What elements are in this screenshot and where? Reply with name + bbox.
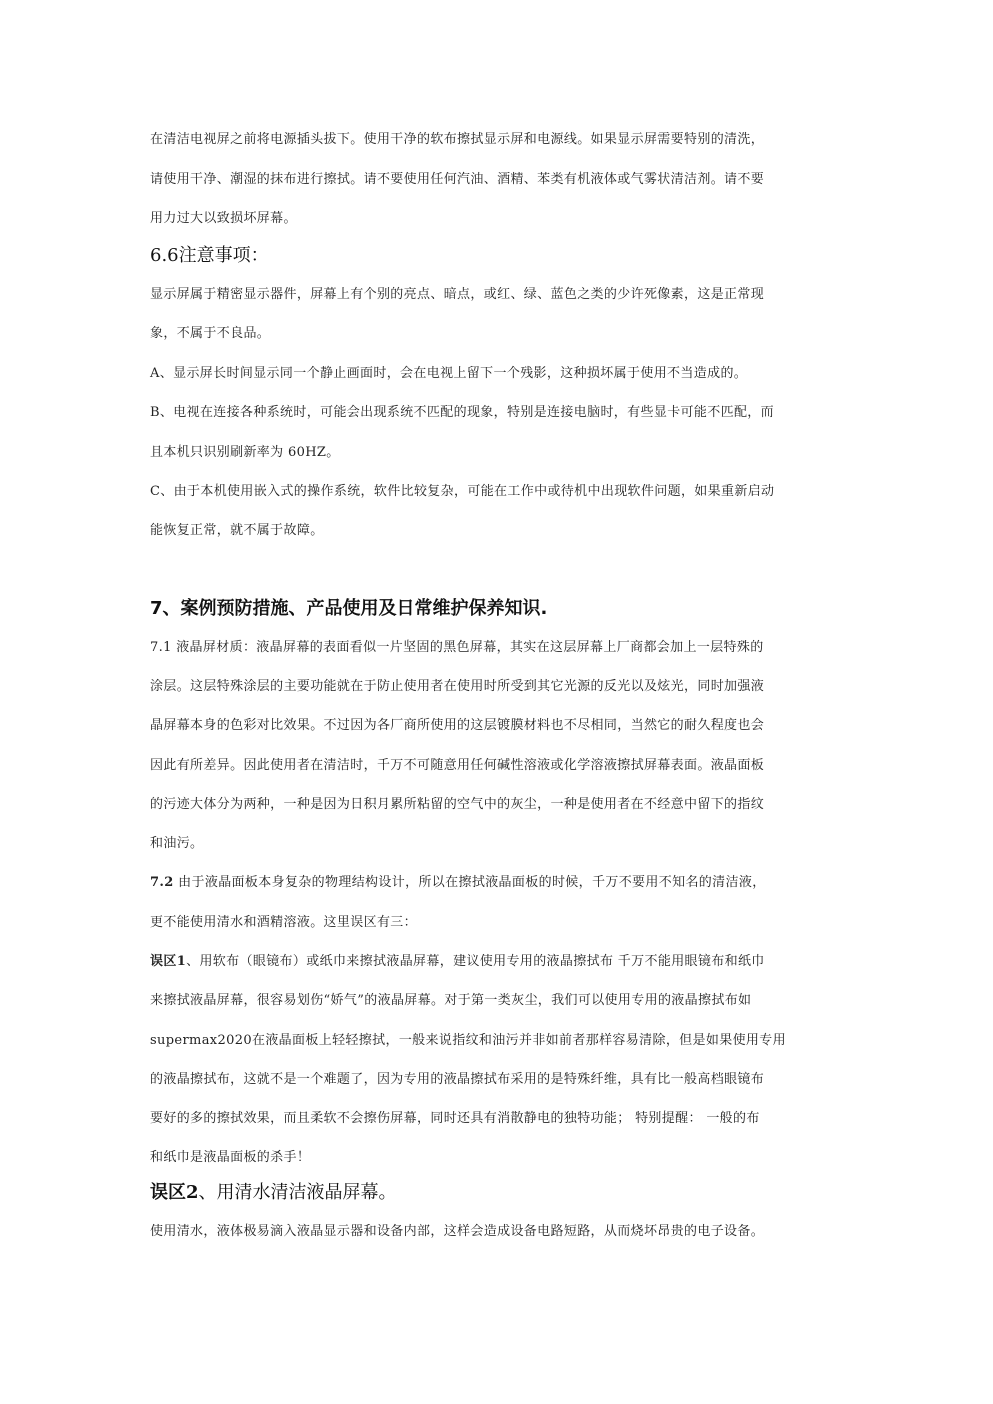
- list-item-c-line: C、由于本机使用嵌入式的操作系统，软件比较复杂，可能在工作中或待机中出现软件问题…: [150, 484, 774, 500]
- paragraph-line: 象，不属于不良品。: [150, 326, 270, 342]
- clause-number: 7.2: [150, 875, 174, 890]
- list-item-b-line: B、电视在连接各种系统时，可能会出现系统不匹配的现象，特别是连接电脑时，有些显卡…: [150, 405, 774, 421]
- paragraph-line: supermax2020在液晶面板上轻轻擦拭，一般来说指纹和油污并非如前者那样容…: [150, 1033, 786, 1049]
- misconception-text: 、用软布（眼镜布）或纸巾来擦拭液晶屏幕，建议使用专用的液晶擦拭布 千万不能用眼镜…: [186, 954, 765, 969]
- paragraph-line: 晶屏幕本身的色彩对比效果。不过因为各厂商所使用的这层镀膜材料也不尽相同，当然它的…: [150, 718, 764, 734]
- paragraph-line: 和纸巾是液晶面板的杀手！: [150, 1150, 310, 1166]
- misconception-heading-text: 、用清水清洁液晶屏幕。: [199, 1182, 397, 1203]
- list-item-b-line: 且本机只识别刷新率为 60HZ。: [150, 445, 340, 461]
- misconception-label: 误区2: [150, 1182, 199, 1203]
- paragraph-line: 在清洁电视屏之前将电源插头拔下。使用干净的软布擦拭显示屏和电源线。如果显示屏需要…: [150, 132, 764, 148]
- misconception-label: 误区1: [150, 954, 186, 969]
- misconception-2-heading: 误区2、用清水清洁液晶屏幕。: [150, 1182, 397, 1204]
- paragraph-line: 和油污。: [150, 836, 203, 852]
- list-item-a: A、显示屏长时间显示同一个静止画面时，会在电视上留下一个残影，这种损坏属于使用不…: [150, 366, 747, 382]
- paragraph-line: 因此有所差异。因此使用者在清洁时，千万不可随意用任何碱性溶液或化学溶液擦拭屏幕表…: [150, 758, 764, 774]
- section-heading-6-6: 6.6注意事项：: [150, 245, 269, 267]
- paragraph-line: 要好的多的擦拭效果，而且柔软不会擦伤屏幕，同时还具有消散静电的独特功能； 特别提…: [150, 1111, 760, 1127]
- paragraph-line: 涂层。这层特殊涂层的主要功能就在于防止使用者在使用时所受到其它光源的反光以及炫光…: [150, 679, 764, 695]
- paragraph-line: 更不能使用清水和酒精溶液。这里误区有三：: [150, 915, 417, 931]
- list-item-c-line: 能恢复正常，就不属于故障。: [150, 523, 324, 539]
- paragraph-line: 用力过大以致损坏屏幕。: [150, 211, 297, 227]
- paragraph-line: 7.2 由于液晶面板本身复杂的物理结构设计，所以在擦拭液晶面板的时候，千万不要用…: [150, 875, 766, 891]
- document-page: 在清洁电视屏之前将电源插头拔下。使用干净的软布擦拭显示屏和电源线。如果显示屏需要…: [0, 0, 993, 1404]
- paragraph-line: 请使用干净、潮湿的抹布进行擦拭。请不要使用任何汽油、酒精、苯类有机液体或气雾状清…: [150, 172, 764, 188]
- section-heading-7: 7、案例预防措施、产品使用及日常维护保养知识.: [150, 598, 547, 620]
- paragraph-line: 来擦拭液晶屏幕，很容易划伤“娇气”的液晶屏幕。对于第一类灰尘，我们可以使用专用的…: [150, 993, 751, 1009]
- paragraph-line: 的污迹大体分为两种，一种是因为日积月累所粘留的空气中的灰尘，一种是使用者在不经意…: [150, 797, 764, 813]
- paragraph-line: 7.1 液晶屏材质：液晶屏幕的表面看似一片坚固的黑色屏幕，其实在这层屏幕上厂商都…: [150, 640, 764, 656]
- paragraph-line: 使用清水，液体极易滴入液晶显示器和设备内部，这样会造成设备电路短路，从而烧坏昂贵…: [150, 1224, 764, 1240]
- clause-text: 由于液晶面板本身复杂的物理结构设计，所以在擦拭液晶面板的时候，千万不要用不知名的…: [174, 875, 766, 890]
- paragraph-line: 误区1、用软布（眼镜布）或纸巾来擦拭液晶屏幕，建议使用专用的液晶擦拭布 千万不能…: [150, 954, 765, 970]
- paragraph-line: 的液晶擦拭布，这就不是一个难题了，因为专用的液晶擦拭布采用的是特殊纤维，具有比一…: [150, 1072, 764, 1088]
- paragraph-line: 显示屏属于精密显示器件，屏幕上有个别的亮点、暗点，或红、绿、蓝色之类的少许死像素…: [150, 287, 764, 303]
